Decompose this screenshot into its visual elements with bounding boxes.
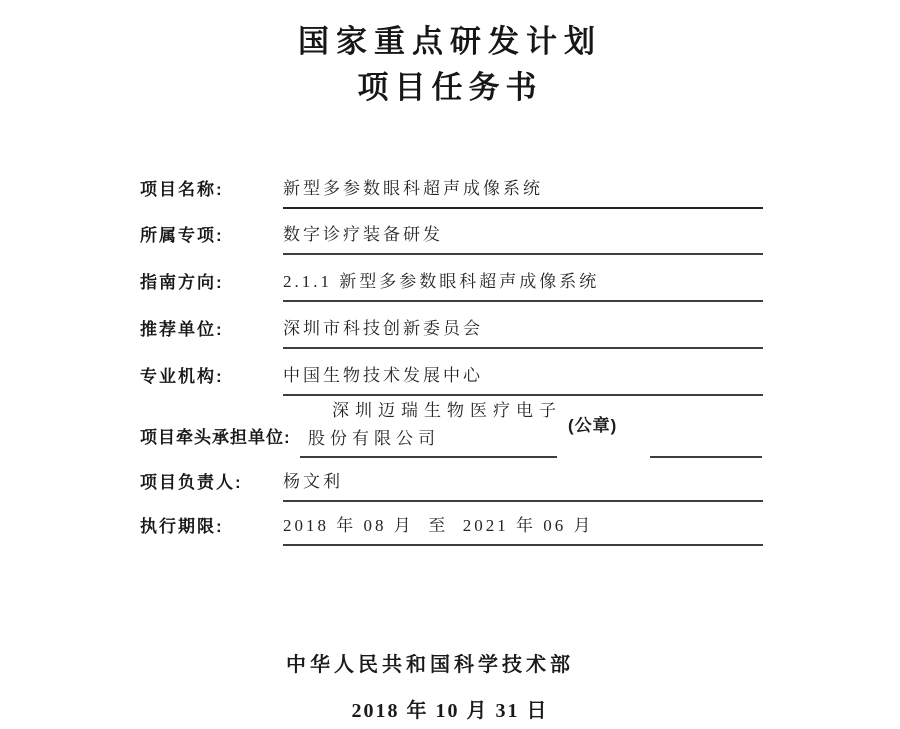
lead-unit-value-line1: 深圳迈瑞生物医疗电子 — [332, 396, 562, 421]
lead-unit-value-line2: 股份有限公司 — [308, 424, 440, 449]
form-row-program: 所属专项: 数字诊疗装备研发 — [0, 221, 900, 261]
document-page: 国家重点研发计划 项目任务书 项目名称: 新型多参数眼科超声成像系统 所属专项:… — [0, 0, 900, 729]
fill-in-line — [283, 544, 763, 546]
professional-institution-label: 专业机构: — [140, 362, 224, 387]
fill-in-line — [283, 500, 763, 502]
program-value: 数字诊疗装备研发 — [283, 220, 443, 245]
form-row-project-leader: 项目负责人: 杨文利 — [0, 468, 900, 508]
execution-period-label: 执行期限: — [140, 512, 224, 537]
issue-date: 2018 年 10 月 31 日 — [0, 694, 900, 723]
lead-unit-label: 项目牵头承担单位: — [140, 423, 291, 448]
professional-institution-value: 中国生物技术发展中心 — [283, 361, 483, 386]
recommending-unit-value: 深圳市科技创新委员会 — [283, 314, 483, 339]
fill-in-line — [283, 253, 763, 255]
form-row-execution-period: 执行期限: 2018 年 08 月 至 2021 年 06 月 — [0, 512, 900, 552]
project-leader-label: 项目负责人: — [140, 468, 243, 493]
issuing-ministry: 中华人民共和国科学技术部 — [0, 648, 860, 677]
execution-period-value: 2018 年 08 月 至 2021 年 06 月 — [283, 511, 594, 536]
program-label: 所属专项: — [140, 221, 224, 246]
official-seal-label: (公章) — [568, 411, 617, 436]
form-row-recommending-unit: 推荐单位: 深圳市科技创新委员会 — [0, 315, 900, 355]
form-row-guide-direction: 指南方向: 2.1.1 新型多参数眼科超声成像系统 — [0, 268, 900, 308]
fill-in-line — [283, 207, 763, 209]
seal-fill-in-line — [650, 456, 762, 458]
recommending-unit-label: 推荐单位: — [140, 315, 224, 340]
document-title-line2: 项目任务书 — [0, 62, 900, 107]
project-name-value: 新型多参数眼科超声成像系统 — [283, 174, 543, 199]
form-row-project-name: 项目名称: 新型多参数眼科超声成像系统 — [0, 175, 900, 215]
fill-in-line — [283, 300, 763, 302]
guide-direction-label: 指南方向: — [140, 268, 224, 293]
fill-in-line — [283, 347, 763, 349]
document-title-line1: 国家重点研发计划 — [0, 16, 900, 61]
guide-direction-value: 2.1.1 新型多参数眼科超声成像系统 — [283, 267, 599, 292]
fill-in-line — [300, 456, 557, 458]
project-name-label: 项目名称: — [140, 175, 224, 200]
project-leader-value: 杨文利 — [283, 467, 343, 492]
